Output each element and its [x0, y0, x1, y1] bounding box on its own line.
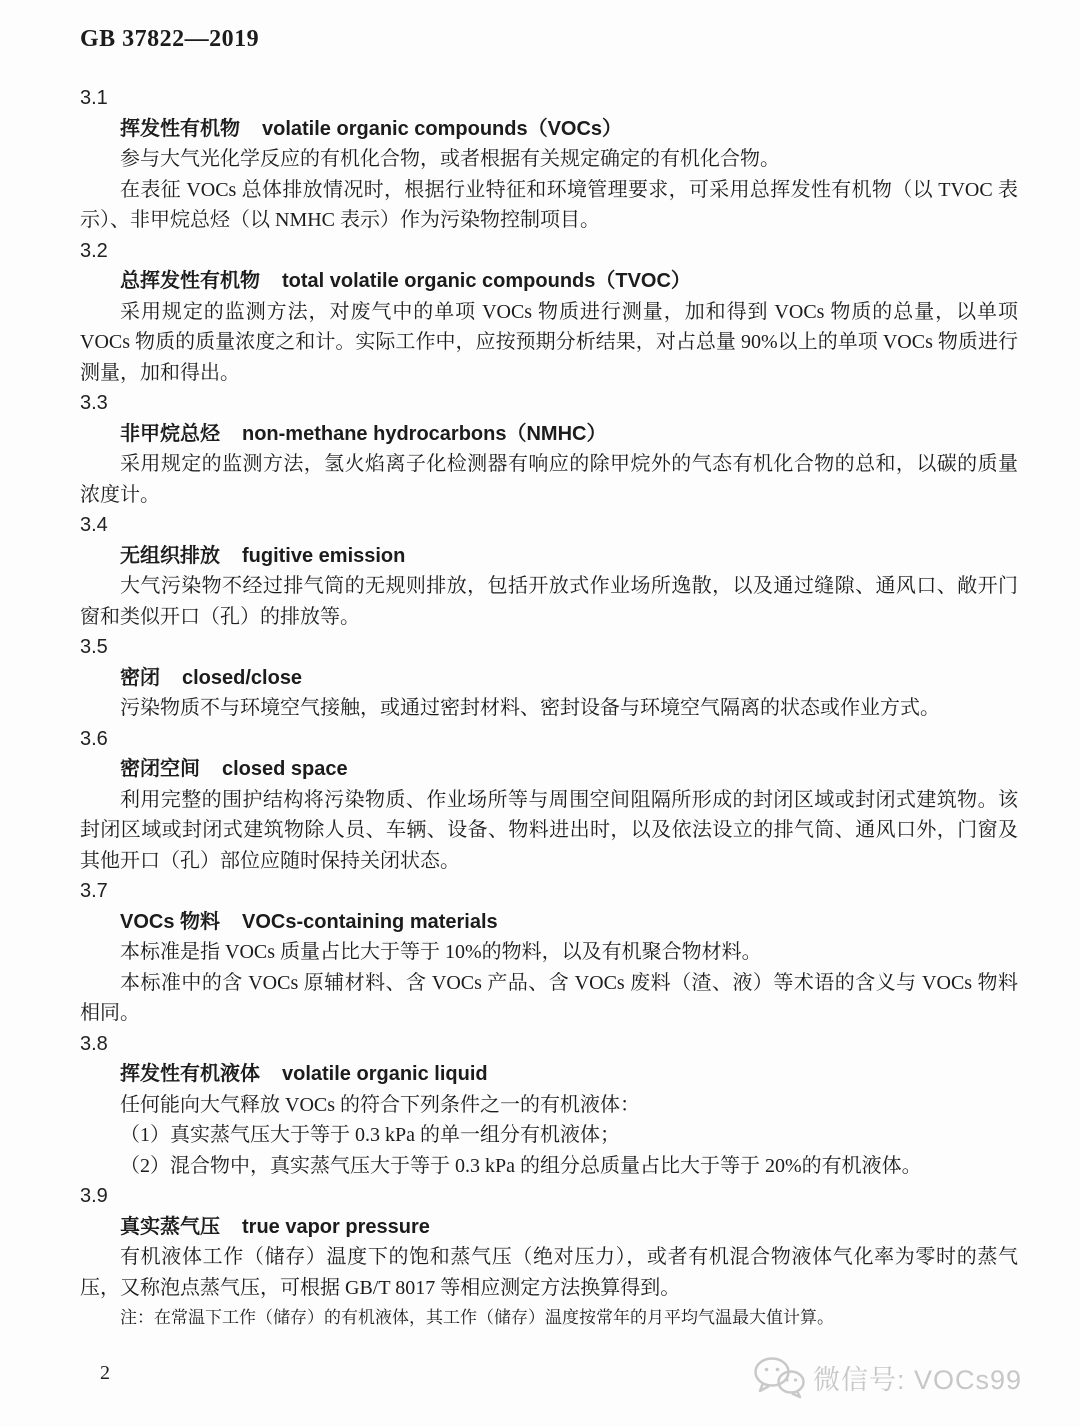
- term-heading: 总挥发性有机物total volatile organic compounds（…: [80, 266, 1018, 297]
- term-definition-paragraph: 采用规定的监测方法，对废气中的单项 VOCs 物质进行测量，加和得到 VOCs …: [80, 297, 1018, 389]
- term-name-en: non-methane hydrocarbons（NMHC）: [242, 423, 606, 445]
- term-section: 3.7 VOCs 物料VOCs-containing materials 本标准…: [80, 876, 1018, 1029]
- term-heading: 非甲烷总烃non-methane hydrocarbons（NMHC）: [80, 419, 1018, 450]
- term-definition-paragraph: 采用规定的监测方法，氢火焰离子化检测器有响应的除甲烷外的气态有机化合物的总和，以…: [80, 449, 1018, 510]
- term-heading: 挥发性有机物volatile organic compounds（VOCs）: [80, 114, 1018, 145]
- term-name-cn: 非甲烷总烃: [120, 423, 220, 445]
- section-number: 3.4: [80, 510, 1018, 541]
- term-definition-paragraph: 任何能向大气释放 VOCs 的符合下列条件之一的有机液体：: [80, 1090, 1018, 1121]
- term-name-en: fugitive emission: [242, 545, 405, 567]
- section-number: 3.9: [80, 1181, 1018, 1212]
- term-name-en: true vapor pressure: [242, 1216, 430, 1238]
- term-name-cn: 密闭: [120, 667, 160, 689]
- term-heading: 挥发性有机液体volatile organic liquid: [80, 1059, 1018, 1090]
- term-name-cn: 挥发性有机液体: [120, 1063, 260, 1085]
- term-section: 3.5 密闭closed/close 污染物质不与环境空气接触，或通过密封材料、…: [80, 632, 1018, 724]
- document-page: GB 37822—2019 3.1 挥发性有机物volatile organic…: [0, 0, 1080, 1427]
- term-name-cn: 挥发性有机物: [120, 118, 240, 140]
- term-definition-paragraph: （2）混合物中，真实蒸气压大于等于 0.3 kPa 的组分总质量占比大于等于 2…: [80, 1151, 1018, 1182]
- section-number: 3.7: [80, 876, 1018, 907]
- term-section: 3.6 密闭空间closed space 利用完整的围护结构将污染物质、作业场所…: [80, 724, 1018, 877]
- term-section: 3.4 无组织排放fugitive emission 大气污染物不经过排气筒的无…: [80, 510, 1018, 632]
- term-name-en: volatile organic compounds（VOCs）: [262, 118, 622, 140]
- wechat-icon: [753, 1355, 805, 1399]
- term-definition-paragraph: 利用完整的围护结构将污染物质、作业场所等与周围空间阻隔所形成的封闭区域或封闭式建…: [80, 785, 1018, 877]
- term-definition-paragraph: （1）真实蒸气压大于等于 0.3 kPa 的单一组分有机液体；: [80, 1120, 1018, 1151]
- term-section: 3.9 真实蒸气压true vapor pressure 有机液体工作（储存）温…: [80, 1181, 1018, 1334]
- section-number: 3.5: [80, 632, 1018, 663]
- term-name-en: total volatile organic compounds（TVOC）: [282, 270, 691, 292]
- term-name-en: volatile organic liquid: [282, 1063, 488, 1085]
- term-name-en: VOCs-containing materials: [242, 911, 498, 933]
- term-section: 3.1 挥发性有机物volatile organic compounds（VOC…: [80, 83, 1018, 236]
- term-section: 3.2 总挥发性有机物total volatile organic compou…: [80, 236, 1018, 389]
- watermark: 微信号: VOCs99: [753, 1355, 1022, 1399]
- term-name-en: closed/close: [182, 667, 302, 689]
- section-number: 3.3: [80, 388, 1018, 419]
- term-heading: 无组织排放fugitive emission: [80, 541, 1018, 572]
- section-number: 3.6: [80, 724, 1018, 755]
- term-name-cn: 总挥发性有机物: [120, 270, 260, 292]
- standard-number-header: GB 37822—2019: [80, 26, 1018, 53]
- term-definition-paragraph: 污染物质不与环境空气接触，或通过密封材料、密封设备与环境空气隔离的状态或作业方式…: [80, 693, 1018, 724]
- term-name-cn: 真实蒸气压: [120, 1216, 220, 1238]
- terms-definitions-list: 3.1 挥发性有机物volatile organic compounds（VOC…: [80, 83, 1018, 1334]
- term-definition-paragraph: 有机液体工作（储存）温度下的饱和蒸气压（绝对压力），或者有机混合物液体气化率为零…: [80, 1242, 1018, 1303]
- term-name-cn: VOCs 物料: [120, 911, 220, 933]
- term-heading: VOCs 物料VOCs-containing materials: [80, 907, 1018, 938]
- term-definition-paragraph: 本标准中的含 VOCs 原辅材料、含 VOCs 产品、含 VOCs 废料（渣、液…: [80, 968, 1018, 1029]
- term-note: 注：在常温下工作（储存）的有机液体，其工作（储存）温度按常年的月平均气温最大值计…: [120, 1303, 1018, 1334]
- term-heading: 密闭空间closed space: [80, 754, 1018, 785]
- term-definition-paragraph: 在表征 VOCs 总体排放情况时，根据行业特征和环境管理要求，可采用总挥发性有机…: [80, 175, 1018, 236]
- watermark-text: 微信号: VOCs99: [813, 1358, 1022, 1397]
- term-section: 3.3 非甲烷总烃non-methane hydrocarbons（NMHC） …: [80, 388, 1018, 510]
- term-heading: 真实蒸气压true vapor pressure: [80, 1212, 1018, 1243]
- section-number: 3.1: [80, 83, 1018, 114]
- page-number: 2: [100, 1362, 110, 1385]
- section-number: 3.8: [80, 1029, 1018, 1060]
- term-name-cn: 密闭空间: [120, 758, 200, 780]
- term-section: 3.8 挥发性有机液体volatile organic liquid 任何能向大…: [80, 1029, 1018, 1182]
- term-heading: 密闭closed/close: [80, 663, 1018, 694]
- term-definition-paragraph: 大气污染物不经过排气筒的无规则排放，包括开放式作业场所逸散，以及通过缝隙、通风口…: [80, 571, 1018, 632]
- term-name-en: closed space: [222, 758, 348, 780]
- term-definition-paragraph: 本标准是指 VOCs 质量占比大于等于 10%的物料，以及有机聚合物材料。: [80, 937, 1018, 968]
- term-name-cn: 无组织排放: [120, 545, 220, 567]
- section-number: 3.2: [80, 236, 1018, 267]
- term-definition-paragraph: 参与大气光化学反应的有机化合物，或者根据有关规定确定的有机化合物。: [80, 144, 1018, 175]
